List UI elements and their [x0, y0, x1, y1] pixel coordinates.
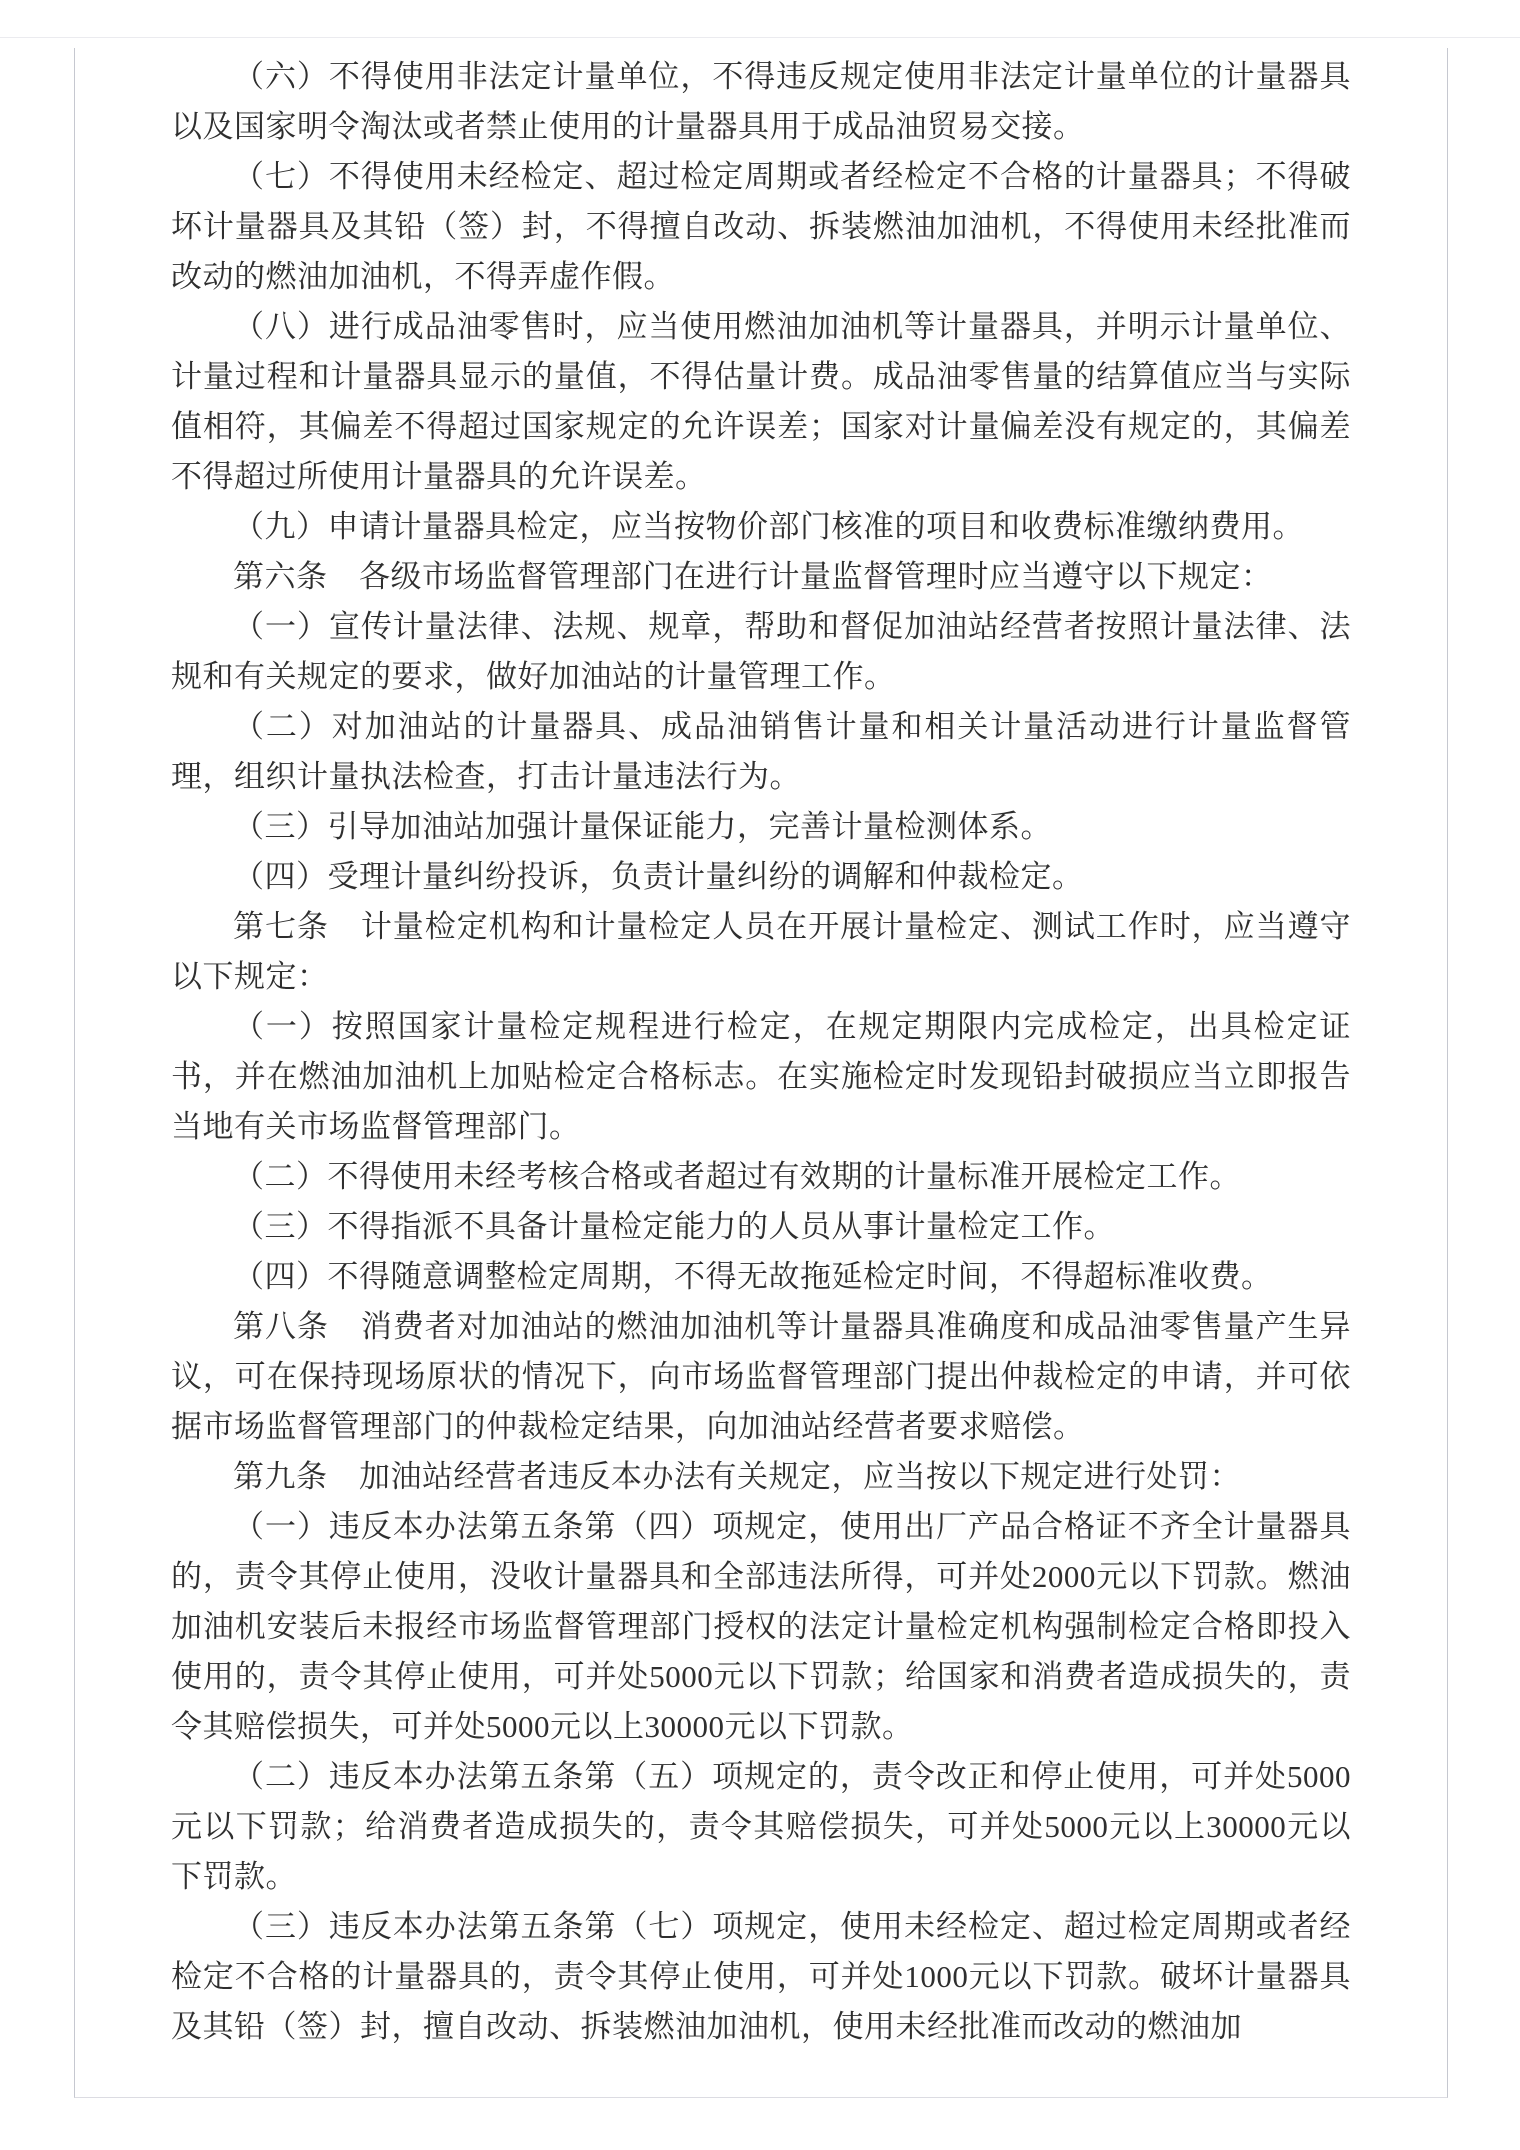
paragraph-article-7: 第七条 计量检定机构和计量检定人员在开展计量检定、测试工作时，应当遵守以下规定：	[171, 902, 1351, 1002]
document-page-body: （六）不得使用非法定计量单位，不得违反规定使用非法定计量单位的计量器具以及国家明…	[75, 48, 1447, 2097]
paragraph: （四）受理计量纠纷投诉，负责计量纠纷的调解和仲裁检定。	[171, 852, 1351, 902]
paragraph: （七）不得使用未经检定、超过检定周期或者经检定不合格的计量器具；不得破坏计量器具…	[171, 152, 1351, 302]
document-page: （六）不得使用非法定计量单位，不得违反规定使用非法定计量单位的计量器具以及国家明…	[74, 48, 1448, 2098]
paragraph: （八）进行成品油零售时，应当使用燃油加油机等计量器具，并明示计量单位、计量过程和…	[171, 302, 1351, 502]
paragraph: （三）不得指派不具备计量检定能力的人员从事计量检定工作。	[171, 1202, 1351, 1252]
paragraph: （一）按照国家计量检定规程进行检定，在规定期限内完成检定，出具检定证书，并在燃油…	[171, 1002, 1351, 1152]
paragraph-article-9: 第九条 加油站经营者违反本办法有关规定，应当按以下规定进行处罚：	[171, 1452, 1351, 1502]
paragraph: （一）宣传计量法律、法规、规章，帮助和督促加油站经营者按照计量法律、法规和有关规…	[171, 602, 1351, 702]
paragraph: （二）不得使用未经考核合格或者超过有效期的计量标准开展检定工作。	[171, 1152, 1351, 1202]
page-separator-line	[0, 37, 1520, 38]
paragraph: （九）申请计量器具检定，应当按物价部门核准的项目和收费标准缴纳费用。	[171, 502, 1351, 552]
paragraph-article-6: 第六条 各级市场监督管理部门在进行计量监督管理时应当遵守以下规定：	[171, 552, 1351, 602]
paragraph: （六）不得使用非法定计量单位，不得违反规定使用非法定计量单位的计量器具以及国家明…	[171, 52, 1351, 152]
paragraph: （四）不得随意调整检定周期，不得无故拖延检定时间，不得超标准收费。	[171, 1252, 1351, 1302]
paragraph: （三）违反本办法第五条第（七）项规定，使用未经检定、超过检定周期或者经检定不合格…	[171, 1902, 1351, 2052]
paragraph: （三）引导加油站加强计量保证能力，完善计量检测体系。	[171, 802, 1351, 852]
paragraph: （二）违反本办法第五条第（五）项规定的，责令改正和停止使用，可并处5000元以下…	[171, 1752, 1351, 1902]
paragraph: （二）对加油站的计量器具、成品油销售计量和相关计量活动进行计量监督管理，组织计量…	[171, 702, 1351, 802]
paragraph: （一）违反本办法第五条第（四）项规定，使用出厂产品合格证不齐全计量器具的，责令其…	[171, 1502, 1351, 1752]
paragraph-article-8: 第八条 消费者对加油站的燃油加油机等计量器具准确度和成品油零售量产生异议，可在保…	[171, 1302, 1351, 1452]
